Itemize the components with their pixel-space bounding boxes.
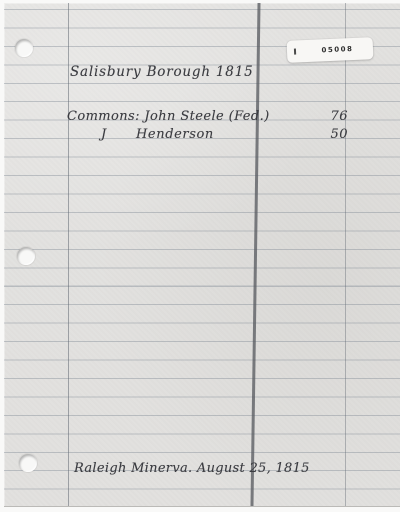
punch-hole-middle [17, 247, 35, 265]
ruled-lines [4, 9, 400, 506]
punch-hole-top [15, 39, 33, 57]
source-citation: Raleigh Minerva. August 25, 1815 [74, 461, 310, 477]
punch-hole-bottom [19, 454, 37, 472]
catalog-number: 05008 [296, 44, 373, 55]
scanned-page: 05008 Salisbury Borough 1815 Commons: Jo… [0, 0, 400, 512]
entry-row-initial: J [101, 127, 106, 143]
page-title: Salisbury Borough 1815 [70, 64, 253, 80]
entry-row-votes: 50 [312, 127, 348, 143]
left-margin-line [68, 3, 69, 506]
catalog-label: 05008 [287, 37, 374, 63]
ledger-paper: 05008 Salisbury Borough 1815 Commons: Jo… [4, 3, 400, 506]
entry-row-label: Commons: John Steele (Fed.) [67, 109, 270, 125]
entry-row-name: Henderson [136, 127, 214, 143]
right-column-line [345, 3, 346, 506]
entry-row-votes: 76 [312, 109, 348, 125]
